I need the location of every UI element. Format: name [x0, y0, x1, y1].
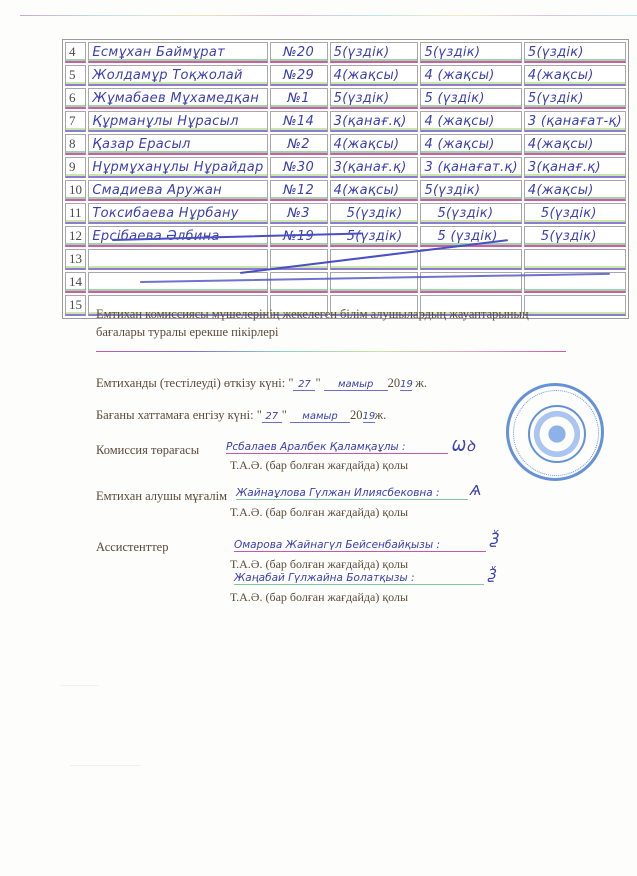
grade-1-cell[interactable]: 5(үздік) [330, 203, 419, 224]
table-row: 12Ерсібаева Әлбина№195(үздік)5 (үздік)5(… [65, 226, 626, 247]
exam-day-field[interactable]: 27 [293, 379, 315, 391]
student-name-cell[interactable]: Нұрмұханұлы Нұрайдар [88, 157, 267, 178]
grade-2-cell[interactable]: 5(үздік) [420, 42, 521, 63]
grade-1-cell[interactable]: 3(қанағ.қ) [330, 157, 419, 178]
student-name-cell[interactable]: Құрманұлы Нұрасыл [88, 111, 267, 132]
assistant1-signature-mark: Ѯ [490, 530, 500, 548]
grade-1-cell[interactable] [330, 272, 419, 293]
grade-1-cell[interactable]: 4(жақсы) [330, 65, 419, 86]
quote: " [282, 408, 287, 422]
show-through-artifact: ───────── [70, 760, 140, 772]
grade-3-cell[interactable]: 5(үздік) [524, 88, 626, 109]
student-name-cell[interactable]: Смадиева Аружан [88, 180, 267, 201]
remarks-heading-line2: бағалары туралы ерекше пікірлері [96, 323, 529, 341]
grade-2-cell[interactable]: 5(үздік) [420, 180, 521, 201]
exam-year-field[interactable]: 19 [400, 379, 412, 391]
exam-date-line: Емтиханды (тестілеуді) өткізу күні: "27"… [96, 376, 427, 391]
year-unit: ж. [375, 408, 387, 422]
student-name-cell[interactable]: Жолдамұр Тоқжолай [88, 65, 267, 86]
row-number: 4 [65, 42, 86, 63]
grade-3-cell[interactable]: 4(жақсы) [524, 134, 626, 155]
row-number: 12 [65, 226, 86, 247]
ticket-number-cell[interactable]: №29 [270, 65, 328, 86]
student-name-cell[interactable]: Жұмабаев Мұхамедқан [88, 88, 267, 109]
table-row: 11Токсибаева Нұрбану№35(үздік)5(үздік)5(… [65, 203, 626, 224]
grade-3-cell[interactable] [524, 249, 626, 270]
ticket-number-cell[interactable]: №20 [270, 42, 328, 63]
grade-2-cell[interactable]: 4 (жақсы) [420, 134, 521, 155]
remarks-heading-line1: Емтихан комиссиясы мүшелерінің жекелеген… [96, 305, 529, 323]
grade-3-cell[interactable]: 4(жақсы) [524, 180, 626, 201]
grade-1-cell[interactable]: 4(жақсы) [330, 180, 419, 201]
grade-1-cell[interactable]: 5(үздік) [330, 42, 419, 63]
grade-3-cell[interactable] [524, 295, 626, 316]
ticket-number-cell[interactable]: №30 [270, 157, 328, 178]
table-row: 7Құрманұлы Нұрасыл№143(қанағ.қ)4 (жақсы)… [65, 111, 626, 132]
assistant1-caption: Т.А.Ә. (бар болған жағдайда) қолы [230, 557, 408, 572]
row-number: 14 [65, 272, 86, 293]
show-through-artifact: ───── [60, 680, 99, 692]
grade-1-cell[interactable]: 5(үздік) [330, 88, 419, 109]
table-row: 4Есмұхан Баймұрат№205(үздік)5(үздік)5(үз… [65, 42, 626, 63]
assistant1-name-signature[interactable]: Омарова Жайнагүл Бейсенбайқызы : [234, 539, 486, 552]
entry-date-label: Бағаны хаттамаға енгізу күні: " [96, 408, 262, 422]
assistant2-name-signature[interactable]: Жаңабай Гүлжайна Болатқызы : [234, 572, 484, 585]
student-name-cell[interactable]: Токсибаева Нұрбану [88, 203, 267, 224]
row-number: 6 [65, 88, 86, 109]
grade-3-cell[interactable]: 3 (қанағат-қ) [524, 111, 626, 132]
table-row: 10Смадиева Аружан№124(жақсы)5(үздік)4(жа… [65, 180, 626, 201]
grade-3-cell[interactable]: 3(қанағ.қ) [524, 157, 626, 178]
row-number: 7 [65, 111, 86, 132]
teacher-signature-mark: Ѧ [470, 484, 481, 499]
ticket-number-cell[interactable] [270, 272, 328, 293]
student-name-cell[interactable] [88, 272, 267, 293]
state-emblem-icon [528, 405, 586, 463]
year-unit: ж. [415, 376, 427, 390]
ticket-number-cell[interactable]: №1 [270, 88, 328, 109]
exam-date-label: Емтиханды (тестілеуді) өткізу күні: " [96, 376, 293, 390]
row-number: 11 [65, 203, 86, 224]
entry-month-field[interactable]: мамыр [290, 411, 350, 423]
row-number: 9 [65, 157, 86, 178]
grade-1-cell[interactable]: 4(жақсы) [330, 134, 419, 155]
grade-2-cell[interactable]: 5(үздік) [420, 203, 521, 224]
grade-3-cell[interactable]: 4(жақсы) [524, 65, 626, 86]
quote: " [315, 376, 320, 390]
remarks-heading: Емтихан комиссиясы мүшелерінің жекелеген… [96, 305, 529, 341]
entry-year-field[interactable]: 19 [363, 411, 375, 423]
row-number: 13 [65, 249, 86, 270]
remarks-blank-line [96, 351, 566, 352]
ticket-number-cell[interactable]: №2 [270, 134, 328, 155]
exam-month-field[interactable]: мамыр [324, 379, 388, 391]
entry-date-line: Бағаны хаттамаға енгізу күні: "27" мамыр… [96, 408, 386, 423]
grade-2-cell[interactable]: 4 (жақсы) [420, 111, 521, 132]
student-name-cell[interactable]: Есмұхан Баймұрат [88, 42, 267, 63]
official-stamp [506, 383, 604, 481]
ticket-number-cell[interactable]: №3 [270, 203, 328, 224]
grade-2-cell[interactable]: 4 (жақсы) [420, 65, 521, 86]
teacher-caption: Т.А.Ә. (бар болған жағдайда) қолы [230, 505, 408, 520]
grade-3-cell[interactable]: 5(үздік) [524, 42, 626, 63]
chair-name-signature[interactable]: Рсбалаев Аралбек Қаламқаұлы : [226, 441, 448, 454]
chair-signature-mark: Ѡꝺ [452, 436, 475, 456]
table-row: 9Нұрмұханұлы Нұрайдар№303(қанағ.қ)3 (қан… [65, 157, 626, 178]
year-prefix: 20 [350, 408, 363, 422]
chair-label: Комиссия төрағасы [96, 443, 199, 458]
row-number: 8 [65, 134, 86, 155]
table-row: 8Қазар Ерасыл№24(жақсы)4 (жақсы)4(жақсы) [65, 134, 626, 155]
grade-1-cell[interactable]: 3(қанағ.қ) [330, 111, 419, 132]
assistants-label: Ассистенттер [96, 540, 168, 555]
assistant2-caption: Т.А.Ә. (бар болған жағдайда) қолы [230, 590, 408, 605]
grade-3-cell[interactable]: 5(үздік) [524, 226, 626, 247]
assistant2-signature-mark: Ѯ [488, 567, 497, 583]
table-row: 5Жолдамұр Тоқжолай№294(жақсы)4 (жақсы)4(… [65, 65, 626, 86]
student-name-cell[interactable] [88, 249, 267, 270]
grade-2-cell[interactable]: 5 (үздік) [420, 88, 521, 109]
grade-2-cell[interactable] [420, 249, 521, 270]
row-number: 15 [65, 295, 86, 316]
table-row: 6Жұмабаев Мұхамедқан№15(үздік)5 (үздік)5… [65, 88, 626, 109]
grade-2-cell[interactable]: 3 (қанағат.қ) [420, 157, 521, 178]
ticket-number-cell[interactable]: №12 [270, 180, 328, 201]
student-name-cell[interactable]: Қазар Ерасыл [88, 134, 267, 155]
grade-3-cell[interactable]: 5(үздік) [524, 203, 626, 224]
ticket-number-cell[interactable]: №14 [270, 111, 328, 132]
row-number: 5 [65, 65, 86, 86]
year-prefix: 20 [388, 376, 401, 390]
teacher-name-signature[interactable]: Жайнаұлова Гүлжан Илиясбековна : [236, 487, 468, 500]
top-scan-edge [20, 15, 637, 16]
grade-1-cell[interactable]: 5(үздік) [330, 226, 419, 247]
chair-caption: Т.А.Ә. (бар болған жағдайда) қолы [230, 458, 408, 473]
entry-day-field[interactable]: 27 [262, 411, 282, 423]
teacher-label: Емтихан алушы мұғалім [96, 489, 227, 504]
row-number: 10 [65, 180, 86, 201]
